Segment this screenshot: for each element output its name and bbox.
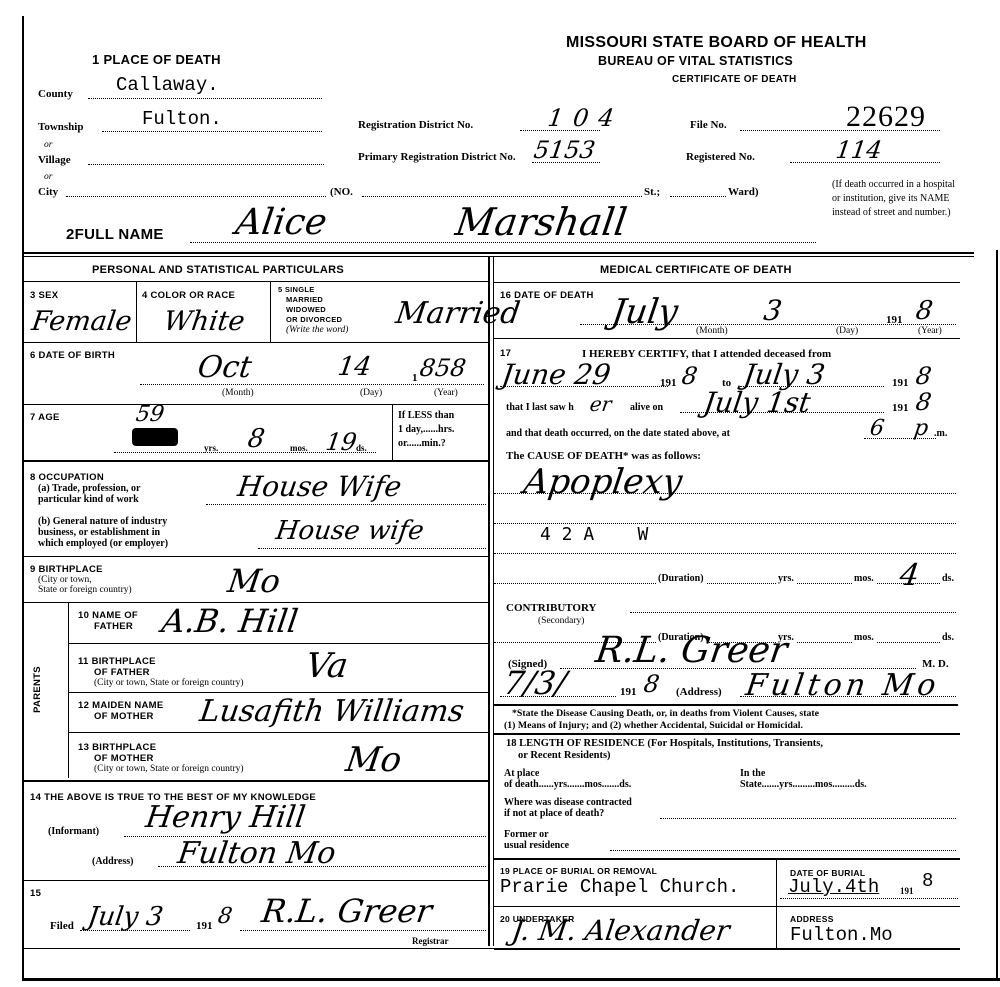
parents-side-label: PARENTS: [32, 666, 43, 713]
age-years-value: 59: [134, 402, 166, 427]
signed-year: 8: [642, 670, 661, 698]
primary-district-value: 5153: [532, 136, 597, 164]
or-label-1: or: [44, 140, 52, 150]
father-label-2: FATHER: [94, 621, 133, 632]
birthplace-sub-2: State or foreign country): [38, 585, 132, 595]
marital-labels: 5 SINGLE MARRIED WIDOWED OR DIVORCED (Wr…: [278, 285, 348, 335]
burial-top-line: [494, 858, 960, 860]
dod-day-caption: (Day): [836, 326, 858, 336]
death-m-label: .m.: [934, 428, 947, 439]
township-value: Fulton.: [142, 108, 222, 130]
alive-on-label: alive on: [630, 402, 663, 413]
last-saw-label: that I last saw h: [506, 402, 574, 413]
contributory-ds-label: ds.: [940, 632, 956, 643]
ward-field[interactable]: [670, 196, 726, 197]
certificate-title: CERTIFICATE OF DEATH: [672, 74, 797, 85]
full-name-label: 2FULL NAME: [66, 226, 164, 243]
attended-from-value: June 29: [500, 358, 613, 391]
occupation-a-value: House Wife: [236, 470, 404, 503]
mother-birthplace-value: Mo: [343, 740, 404, 780]
mother-birthplace-label-2: OF MOTHER: [94, 753, 154, 764]
marital-label-single: 5 SINGLE: [278, 285, 348, 295]
duration-days-value: 4: [898, 558, 922, 593]
street-field[interactable]: [362, 196, 642, 197]
dob-field[interactable]: [140, 384, 484, 385]
sex-label: 3 SEX: [30, 290, 58, 301]
age-mos-label: mos.: [290, 443, 308, 453]
father-birthplace-value: Va: [303, 646, 350, 686]
less-than-line-2: 1 day,......hrs.: [398, 424, 454, 435]
medical-line-1: [494, 338, 960, 339]
bureau-title: BUREAU OF VITAL STATISTICS: [598, 54, 793, 68]
dob-year-value: 858: [418, 354, 468, 382]
at-place-label-1: At place: [504, 768, 539, 779]
footnote-line-1: *State the Disease Causing Death, or, in…: [512, 708, 819, 719]
signed-signature: R.L. Greer: [593, 630, 790, 671]
column-divider: [488, 256, 490, 946]
occupation-a-label-2: particular kind of work: [38, 494, 139, 505]
dob-year-caption: (Year): [434, 388, 458, 398]
board-title: MISSOURI STATE BOARD OF HEALTH: [566, 34, 867, 52]
age-years-struck: [132, 428, 178, 446]
township-field[interactable]: [102, 131, 322, 132]
medical-heading-line: [494, 282, 960, 283]
informant-value: Henry Hill: [144, 800, 308, 835]
in-state-label-2: State.......yrs.........mos.........ds.: [740, 779, 867, 790]
occupation-b-label-3: which employed (or employer): [38, 538, 168, 549]
filed-label: Filed: [50, 920, 74, 932]
signed-date-value: 7/3/: [501, 664, 569, 702]
marital-label-widowed: WIDOWED: [278, 305, 348, 315]
cause-line-3-field[interactable]: [494, 553, 956, 554]
mother-label-1: 12 MAIDEN NAME: [78, 700, 164, 711]
name-divider: [22, 252, 974, 254]
registered-no-value: 114: [834, 136, 884, 164]
in-state-label-1: In the: [740, 768, 765, 779]
marital-label-divorced: OR DIVORCED: [278, 315, 348, 325]
filed-date-value: July 3: [86, 902, 165, 932]
footnote-top-line: [494, 704, 958, 706]
medical-heading: MEDICAL CERTIFICATE OF DEATH: [600, 264, 792, 276]
county-field[interactable]: [88, 98, 322, 99]
column-divider-2: [493, 256, 494, 946]
registrar-signature: R.L. Greer: [259, 892, 434, 930]
attended-year-prefix-2: 191: [892, 377, 909, 389]
dod-year-value: 8: [914, 296, 935, 326]
informant-address-label: (Address): [92, 856, 133, 867]
duration-field[interactable]: [494, 583, 956, 584]
dob-day-caption: (Day): [360, 388, 382, 398]
filing-number: 15: [30, 888, 41, 899]
death-occurred-label: and that death occurred, on the date sta…: [506, 428, 730, 439]
footnote-line-2: (1) Means of Injury; and (2) whether Acc…: [504, 720, 803, 731]
father-birthplace-label-1: 11 BIRTHPLACE: [78, 656, 156, 667]
row-line-4: [22, 556, 488, 557]
contracted-field[interactable]: [660, 818, 956, 819]
dod-year-caption: (Year): [918, 326, 942, 336]
sex-value: Female: [30, 306, 134, 337]
occupation-label: 8 OCCUPATION: [30, 472, 104, 483]
duration-yrs-label: yrs.: [776, 573, 796, 584]
row-line-3: [22, 460, 488, 462]
secondary-label: (Secondary): [538, 616, 584, 626]
county-value: Callaway.: [116, 74, 219, 96]
row-line-2: [22, 404, 488, 405]
registrar-label: Registrar: [412, 936, 448, 946]
township-label: Township: [38, 121, 83, 133]
registration-district-value: 104: [546, 104, 626, 132]
former-label-1: Former or: [504, 829, 549, 840]
undertaker-address-label: ADDRESS: [790, 914, 834, 924]
race-value: White: [162, 306, 247, 337]
signed-address-label: (Address): [676, 686, 722, 698]
dod-month-value: July: [609, 292, 680, 332]
marital-label-write: (Write the word): [278, 325, 348, 335]
informant-address-value: Fulton Mo: [176, 836, 338, 871]
dob-year-prefix: 1: [412, 372, 418, 384]
burial-place-label: 19 PLACE OF BURIAL OR REMOVAL: [500, 866, 657, 876]
dob-label: 6 DATE OF BIRTH: [30, 350, 115, 361]
cause-line-1-value: Apoplexy: [521, 462, 685, 502]
filed-year-value: 8: [216, 904, 234, 929]
mother-birthplace-label-1: 13 BIRTHPLACE: [78, 742, 156, 753]
cause-label: The CAUSE OF DEATH* was as follows:: [506, 450, 701, 462]
former-field[interactable]: [610, 850, 956, 851]
sex-race-divider: [136, 282, 137, 342]
dob-month-caption: (Month): [222, 388, 254, 398]
dod-month-caption: (Month): [696, 326, 728, 336]
primary-district-label: Primary Registration District No.: [358, 151, 516, 163]
street-st-label: St.;: [644, 186, 660, 198]
duration-label: (Duration): [656, 573, 706, 584]
burial-bottom-line: [494, 948, 960, 950]
race-marital-divider: [270, 282, 271, 342]
undertaker-address-value: Fulton.Mo: [790, 924, 893, 946]
left-border: [22, 16, 24, 978]
former-label-2: usual residence: [504, 840, 569, 851]
dod-label: 16 DATE OF DEATH: [500, 290, 594, 301]
place-of-death-heading: 1 PLACE OF DEATH: [92, 52, 221, 67]
ward-label: Ward): [728, 186, 759, 198]
contributory-field[interactable]: [630, 612, 956, 613]
residence-heading: 18 LENGTH OF RESIDENCE (For Hospitals, I…: [506, 738, 823, 749]
informant-bottom-line: [22, 880, 488, 881]
last-saw-year: 8: [914, 388, 933, 416]
age-less-divider: [392, 404, 393, 460]
parents-divider: [68, 602, 69, 778]
street-no-label: (NO.: [330, 186, 353, 198]
occupation-a-label-1: (a) Trade, profession, or: [38, 483, 141, 494]
age-yrs-label: yrs.: [204, 443, 218, 453]
less-than-line-3: or......min.?: [398, 438, 446, 449]
personal-heading-line: [22, 281, 488, 282]
age-months-value: 8: [246, 424, 267, 454]
dod-day-value: 3: [762, 294, 784, 327]
duration-mos-label: mos.: [852, 573, 876, 584]
contracted-label-1: Where was disease contracted: [504, 797, 632, 808]
age-ds-label: ds.: [356, 443, 367, 453]
contributory-label: CONTRIBUTORY: [506, 602, 596, 614]
or-label-2: or: [44, 172, 52, 182]
right-border: [996, 250, 998, 978]
undertaker-signature: J. M. Alexander: [510, 914, 732, 947]
registered-no-label: Registered No.: [686, 151, 755, 163]
row-line-1: [22, 342, 488, 343]
village-label: Village: [38, 154, 71, 166]
burial-divider: [776, 860, 777, 948]
age-label: 7 AGE: [30, 412, 60, 423]
marital-label-married: MARRIED: [278, 295, 348, 305]
parents-line-1: [68, 643, 488, 644]
birthplace-sub-1: (City or town,: [38, 575, 92, 585]
parents-line-2: [68, 692, 488, 693]
city-label: City: [38, 186, 58, 198]
parents-line-3: [68, 732, 488, 733]
birthplace-label: 9 BIRTHPLACE: [30, 564, 103, 575]
name-divider-2: [22, 256, 974, 257]
mother-birthplace-label-3: (City or town, State or foreign country): [94, 764, 244, 774]
duration-ds-label: ds.: [940, 573, 956, 584]
county-label: County: [38, 88, 73, 100]
occupation-b-label-2: business, or establishment in: [38, 527, 160, 538]
hospital-note: (If death occurred in a hospital or inst…: [832, 178, 956, 220]
race-label: 4 COLOR OR RACE: [142, 290, 235, 301]
contributory-mos-label: mos.: [852, 632, 876, 643]
marital-value: Married: [394, 296, 523, 331]
burial-place-value: Prarie Chapel Church.: [500, 876, 739, 898]
mother-label-2: OF MOTHER: [94, 711, 154, 722]
last-saw-pronoun: er: [588, 392, 613, 416]
occupation-b-value: House wife: [274, 516, 426, 546]
village-field[interactable]: [88, 164, 324, 165]
registration-district-label: Registration District No.: [358, 119, 473, 131]
file-no-value: 22629: [846, 100, 926, 134]
file-no-label: File No.: [690, 119, 727, 131]
father-value: A.B. Hill: [159, 602, 300, 640]
last-saw-date-value: July 1st: [702, 386, 813, 419]
personal-heading: PERSONAL AND STATISTICAL PARTICULARS: [92, 264, 344, 276]
attended-year-1: 8: [680, 362, 699, 390]
burial-year-prefix: 191: [900, 886, 914, 896]
first-name-value: Alice: [233, 202, 329, 243]
age-days-value: 19: [324, 428, 358, 456]
signed-year-prefix: 191: [620, 686, 637, 698]
residence-top-line: [494, 733, 960, 735]
residence-heading-2: or Recent Residents): [518, 750, 611, 761]
burial-date-value: July.4th: [788, 876, 879, 898]
parents-bottom-line: [22, 780, 488, 782]
occupation-a-field[interactable]: [206, 504, 486, 505]
dob-month-value: Oct: [196, 350, 254, 385]
informant-label: (Informant): [48, 826, 99, 837]
last-saw-year-prefix: 191: [892, 402, 909, 414]
dob-day-value: 14: [336, 352, 373, 382]
occupation-b-field[interactable]: [258, 548, 486, 549]
mother-value: Lusafith Williams: [198, 694, 467, 729]
last-name-value: Marshall: [453, 200, 630, 244]
burial-date-field[interactable]: [780, 898, 958, 899]
attended-year-prefix-1: 191: [660, 377, 677, 389]
occupation-b-label-1: (b) General nature of industry: [38, 516, 167, 527]
burial-year-value: 8: [922, 870, 933, 892]
filing-bottom-line: [22, 948, 496, 949]
burial-mid-line: [494, 906, 960, 907]
birthplace-value: Mo: [225, 562, 282, 600]
father-birthplace-label-2: OF FATHER: [94, 667, 150, 678]
registrar-field[interactable]: [240, 930, 486, 931]
signed-address-value: Fulton Mo: [744, 668, 942, 703]
bottom-border: [22, 978, 1000, 981]
contracted-label-2: if not at place of death?: [504, 808, 604, 819]
at-place-label-2: of death......yrs.......mos.......ds.: [504, 779, 631, 790]
city-field[interactable]: [66, 196, 326, 197]
filed-year-prefix: 191: [196, 920, 213, 932]
less-than-line-1: If LESS than: [398, 410, 454, 421]
cause-line-2-value: 4 2 A W: [540, 524, 648, 545]
father-label-1: 10 NAME OF: [78, 610, 138, 621]
dod-year-prefix: 191: [886, 314, 903, 326]
father-birthplace-label-3: (City or town, State or foreign country): [94, 678, 244, 688]
attended-year-2: 8: [914, 362, 933, 390]
